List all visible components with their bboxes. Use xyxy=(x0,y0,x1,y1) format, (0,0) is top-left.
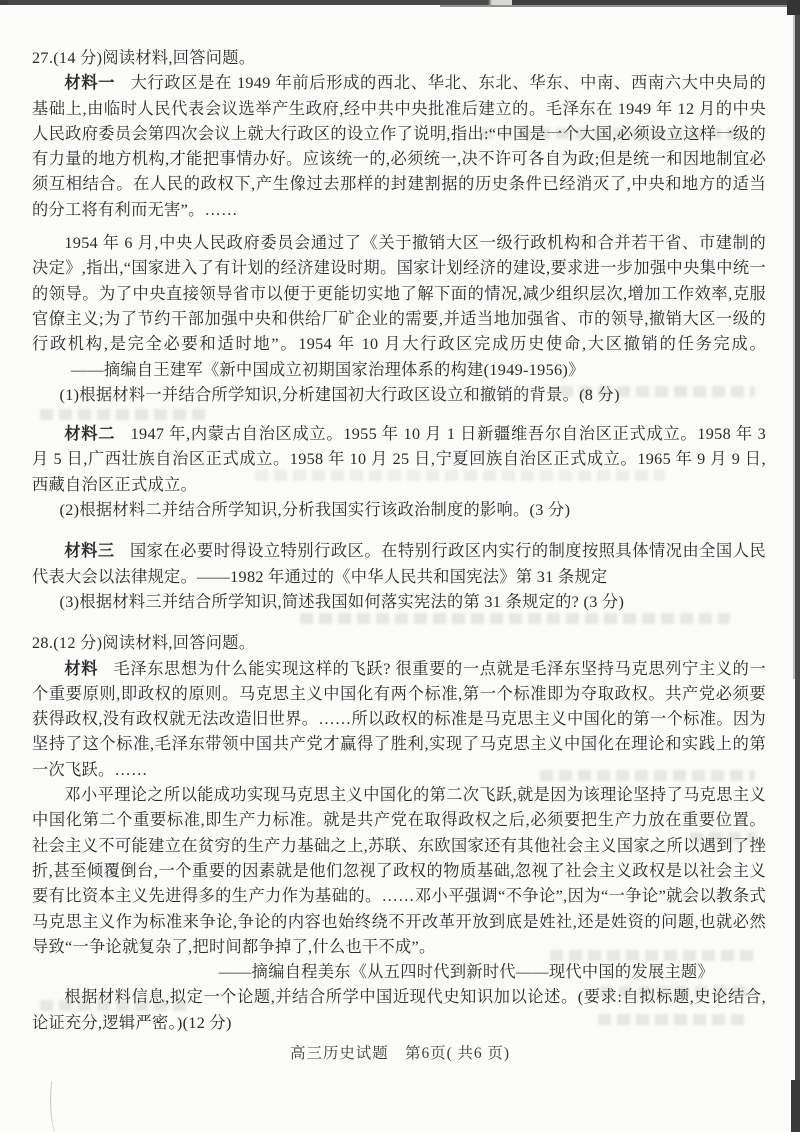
scan-edge-right-shadow xyxy=(793,0,795,679)
material-one-label: 材料一 xyxy=(64,74,115,92)
material-one-paragraph-2: 1954 年 6 月,中央人民政府委员会通过了《关于撤销大区一级行政机构和合并若… xyxy=(32,231,766,383)
material-two-paragraph: 材料二1947 年,内蒙古自治区成立。1955 年 10 月 1 日新疆维吾尔自… xyxy=(32,422,766,498)
material-28-label: 材料 xyxy=(64,660,98,678)
scan-edge-right xyxy=(795,0,800,1132)
material-one-paragraph-1: 材料一大行政区是在 1949 年前后形成的西北、华北、东北、华东、中南、西南六大… xyxy=(32,71,766,223)
material-28-text-1: 毛泽东思想为什么能实现这样的飞跃? 很重要的一点就是毛泽东坚持马克思列宁主义的一… xyxy=(32,660,766,779)
scan-corner-bottom-right xyxy=(791,1080,800,1132)
question-27-sub-3: (3)根据材料三并结合所学知识,简述我国如何落实宪法的第 31 条规定的? (3… xyxy=(32,590,766,615)
material-three-text: 国家在必要时得设立特别行政区。在特别行政区内实行的制度按照具体情况由全国人民代表… xyxy=(32,542,766,585)
material-28-paragraph-1: 材料毛泽东思想为什么能实现这样的飞跃? 很重要的一点就是毛泽东坚持马克思列宁主义… xyxy=(32,657,766,783)
scan-crease-bottom-left xyxy=(47,1081,70,1132)
exam-page-scan: 27.(14 分)阅读材料,回答问题。 材料一大行政区是在 1949 年前后形成… xyxy=(0,0,800,1132)
material-two-text: 1947 年,内蒙古自治区成立。1955 年 10 月 1 日新疆维吾尔自治区正… xyxy=(32,425,766,494)
question-27-sub-1: (1)根据材料一并结合所学知识,分析建国初大行政区设立和撤销的背景。(8 分) xyxy=(32,383,766,408)
scan-edge-top-shadow xyxy=(440,5,800,7)
material-one-source: ——摘编自王建军《新中国成立初期国家治理体系的构建(1949-1956)》 xyxy=(71,361,585,379)
question-27-sub-2: (2)根据材料二并结合所学知识,分析我国实行该政治制度的影响。(3 分) xyxy=(32,498,766,523)
question-28-heading: 28.(12 分)阅读材料,回答问题。 xyxy=(32,631,766,656)
question-28-task: 根据材料信息,拟定一个论题,并结合所学中国近现代史知识加以论述。(要求:自拟标题… xyxy=(32,985,766,1036)
page-footer: 高三历史试题 第6页( 共6 页) xyxy=(0,1041,800,1063)
material-28-source: ——摘编自程美东《从五四时代到新时代——现代中国的发展主题》 xyxy=(32,960,766,985)
material-one-text-2: 1954 年 6 月,中央人民政府委员会通过了《关于撤销大区一级行政机构和合并若… xyxy=(32,234,766,353)
material-28-paragraph-2: 邓小平理论之所以能成功实现马克思主义中国化的第二次飞跃,就是因为该理论坚持了马克… xyxy=(32,783,766,960)
material-three-paragraph: 材料三国家在必要时得设立特别行政区。在特别行政区内实行的制度按照具体情况由全国人… xyxy=(32,539,766,590)
material-three-label: 材料三 xyxy=(64,542,114,560)
exam-content: 27.(14 分)阅读材料,回答问题。 材料一大行政区是在 1949 年前后形成… xyxy=(32,46,766,1036)
material-two-label: 材料二 xyxy=(64,425,115,443)
question-27-heading: 27.(14 分)阅读材料,回答问题。 xyxy=(32,46,766,71)
scan-corner-top-right xyxy=(787,0,800,15)
material-one-text-1: 大行政区是在 1949 年前后形成的西北、华北、东北、华东、中南、西南六大中央局… xyxy=(32,74,766,218)
